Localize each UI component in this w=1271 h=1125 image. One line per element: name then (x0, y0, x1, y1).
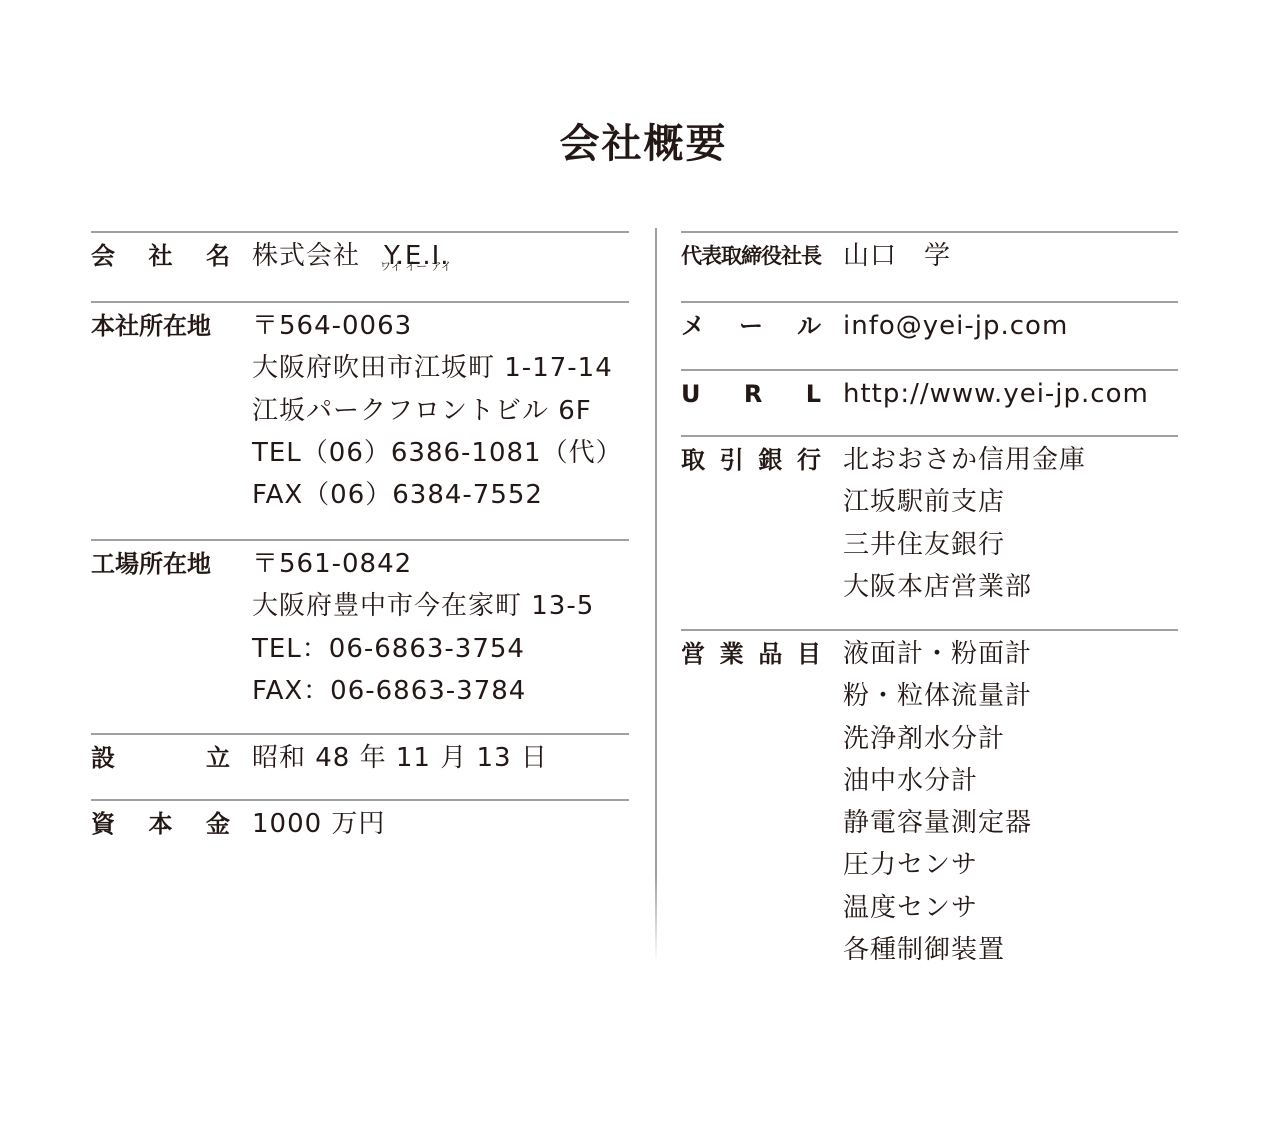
right-column: 代表取締役社長 山口 学 メ ー ル info@yei-jp.com U R L… (681, 231, 1178, 971)
value-established: 昭和 48 年 11 月 13 日 (230, 735, 629, 799)
factory-fax: FAX：06-6863-3784 (252, 670, 629, 712)
value-capital: 1000 万円 (230, 801, 629, 861)
label-char: L (806, 373, 821, 435)
factory-address: 大阪府豊中市今在家町 13-5 (252, 585, 629, 627)
product-item: 油中水分計 (843, 760, 1178, 802)
row-capital: 資 本 金 1000 万円 (91, 799, 629, 861)
label-president: 代表取締役社長 (681, 233, 821, 301)
value-company-name: 株式会社Y.E.I.ワイ イー アイ (230, 233, 629, 301)
label-char: ル (797, 305, 821, 369)
label-char: 名 (206, 235, 230, 301)
label-established: 設 立 (91, 735, 230, 799)
head-office-address: 大阪府吹田市江坂町 1-17-14 (252, 347, 629, 389)
row-email: メ ー ル info@yei-jp.com (681, 301, 1178, 369)
label-char: 営 (681, 633, 705, 971)
head-office-building: 江坂パークフロントビル 6F (252, 390, 629, 432)
product-item: 圧力センサ (843, 844, 1178, 886)
label-char: 銀 (758, 439, 782, 629)
page-title: 会社概要 (0, 112, 1271, 169)
label-char: 行 (797, 439, 821, 629)
label-char: 目 (797, 633, 821, 971)
bank-line: 北おおさか信用金庫 (843, 439, 1178, 481)
row-products: 営 業 品 目 液面計・粉面計 粉・粒体流量計 洗浄剤水分計 油中水分計 静電容… (681, 629, 1178, 971)
product-item: 液面計・粉面計 (843, 633, 1178, 675)
label-char: ー (739, 305, 763, 369)
label-char: 資 (91, 803, 115, 861)
row-banks: 取 引 銀 行 北おおさか信用金庫 江坂駅前支店 三井住友銀行 大阪本店営業部 (681, 435, 1178, 629)
product-item: 粉・粒体流量計 (843, 675, 1178, 717)
left-column: 会 社 名 株式会社Y.E.I.ワイ イー アイ 本社所在地 〒564-0063… (91, 231, 629, 861)
label-char: U (681, 373, 701, 435)
row-established: 設 立 昭和 48 年 11 月 13 日 (91, 733, 629, 799)
label-company-name: 会 社 名 (91, 233, 230, 301)
label-char: 品 (758, 633, 782, 971)
label-char: 会 (91, 235, 115, 301)
company-name-ruby: Y.E.I.ワイ イー アイ (384, 235, 450, 277)
product-item: 温度センサ (843, 887, 1178, 929)
row-president: 代表取締役社長 山口 学 (681, 231, 1178, 301)
company-prefix: 株式会社 (252, 241, 360, 271)
row-head-office: 本社所在地 〒564-0063 大阪府吹田市江坂町 1-17-14 江坂パークフ… (91, 301, 629, 539)
value-president: 山口 学 (821, 233, 1178, 301)
column-divider (655, 228, 657, 963)
label-char: R (744, 373, 762, 435)
label-factory: 工場所在地 (91, 541, 230, 733)
label-char: 引 (720, 439, 744, 629)
value-head-office: 〒564-0063 大阪府吹田市江坂町 1-17-14 江坂パークフロントビル … (230, 303, 629, 539)
bank-line: 三井住友銀行 (843, 524, 1178, 566)
factory-postal: 〒561-0842 (252, 543, 629, 585)
row-company-name: 会 社 名 株式会社Y.E.I.ワイ イー アイ (91, 231, 629, 301)
product-item: 洗浄剤水分計 (843, 718, 1178, 760)
label-char: 本 (149, 803, 173, 861)
head-office-tel: TEL（06）6386-1081（代） (252, 432, 629, 474)
value-url[interactable]: http://www.yei-jp.com (821, 371, 1178, 435)
value-banks: 北おおさか信用金庫 江坂駅前支店 三井住友銀行 大阪本店営業部 (821, 437, 1178, 629)
label-char: メ (681, 305, 705, 369)
label-char: 取 (681, 439, 705, 629)
factory-tel: TEL：06-6863-3754 (252, 628, 629, 670)
product-item: 各種制御装置 (843, 929, 1178, 971)
label-products: 営 業 品 目 (681, 631, 821, 971)
product-item: 静電容量測定器 (843, 802, 1178, 844)
head-office-postal: 〒564-0063 (252, 305, 629, 347)
value-email[interactable]: info@yei-jp.com (821, 303, 1178, 369)
label-head-office: 本社所在地 (91, 303, 230, 539)
row-factory: 工場所在地 〒561-0842 大阪府豊中市今在家町 13-5 TEL：06-6… (91, 539, 629, 733)
value-products: 液面計・粉面計 粉・粒体流量計 洗浄剤水分計 油中水分計 静電容量測定器 圧力セ… (821, 631, 1178, 971)
label-char: 設 (91, 737, 115, 799)
label-char: 金 (206, 803, 230, 861)
row-url: U R L http://www.yei-jp.com (681, 369, 1178, 435)
bank-line: 江坂駅前支店 (843, 481, 1178, 523)
label-capital: 資 本 金 (91, 801, 230, 861)
company-name-reading: ワイ イー アイ (380, 261, 452, 273)
label-char: 業 (720, 633, 744, 971)
label-url: U R L (681, 371, 821, 435)
label-char: 社 (149, 235, 173, 301)
label-email: メ ー ル (681, 303, 821, 369)
head-office-fax: FAX（06）6384-7552 (252, 474, 629, 516)
label-char: 立 (206, 737, 230, 799)
value-factory: 〒561-0842 大阪府豊中市今在家町 13-5 TEL：06-6863-37… (230, 541, 629, 733)
label-banks: 取 引 銀 行 (681, 437, 821, 629)
bank-line: 大阪本店営業部 (843, 566, 1178, 608)
